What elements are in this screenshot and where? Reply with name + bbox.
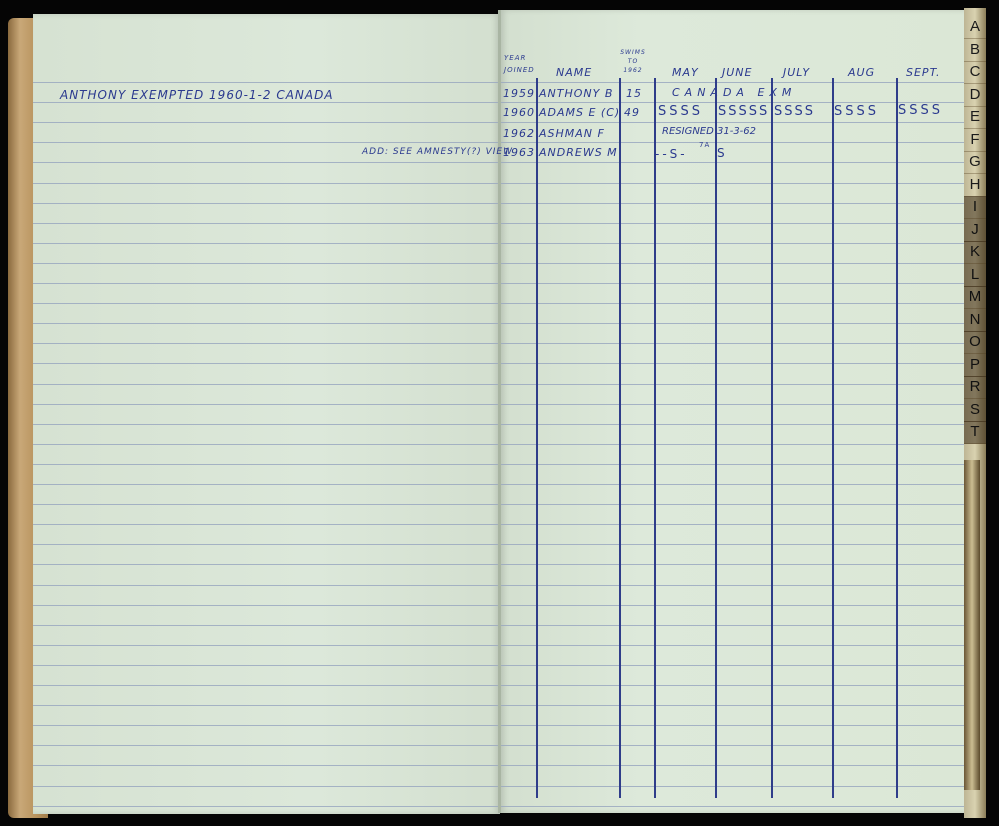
row1-name: ANTHONY B — [539, 87, 613, 100]
ruled-line — [33, 384, 500, 385]
row2-july: SSSS — [774, 104, 815, 119]
index-tab-r[interactable]: R — [964, 376, 986, 399]
column-divider-may — [654, 78, 656, 798]
left-note-see-view: ADD: SEE AMNESTY(?) VIEW — [362, 147, 513, 157]
index-tab-f[interactable]: F — [964, 129, 986, 152]
ruled-line — [33, 685, 500, 686]
ruled-line — [33, 122, 500, 123]
column-divider-july — [771, 78, 773, 798]
ruled-line — [33, 605, 500, 606]
column-divider-sept — [896, 78, 898, 798]
ruled-line — [33, 303, 500, 304]
header-swims-to-1962: SWIMS TO 1962 — [619, 48, 647, 75]
ruled-line — [33, 645, 500, 646]
ruled-line — [33, 82, 500, 83]
ruled-line — [33, 524, 500, 525]
index-tab-t[interactable]: T — [964, 421, 986, 444]
header-sept: SEPT. — [906, 66, 940, 79]
index-tab-k[interactable]: K — [964, 241, 986, 264]
index-tab-p[interactable]: P — [964, 354, 986, 377]
column-divider-aug — [832, 78, 834, 798]
header-name: NAME — [556, 66, 592, 79]
index-tab-i[interactable]: I — [964, 196, 986, 219]
header-june: JUNE — [722, 66, 752, 79]
row2-may: SSSS — [658, 104, 703, 119]
header-july: JULY — [783, 66, 810, 79]
row3-name: ASHMAN F — [539, 127, 605, 140]
ruled-line — [33, 343, 500, 344]
ruled-line — [33, 806, 500, 807]
ruled-line — [33, 544, 500, 545]
ruled-line — [33, 203, 500, 204]
row3-note-resigned: RESIGNED 31-3-62 — [662, 126, 756, 137]
index-tab-b[interactable]: B — [964, 39, 986, 62]
row2-june: SSSSS — [718, 104, 769, 119]
ruled-line — [33, 786, 500, 787]
ruled-line — [33, 283, 500, 284]
ruled-line — [33, 183, 500, 184]
row1-note-canada-exm: CANADA EXM — [672, 86, 796, 99]
page-gutter — [498, 10, 501, 813]
row4-name: ANDREWS M — [539, 146, 618, 159]
ruled-line — [33, 263, 500, 264]
row2-year: 1960 — [503, 106, 535, 119]
column-divider-name — [536, 78, 538, 798]
worn-tab-edges — [964, 460, 980, 790]
ruled-line — [33, 363, 500, 364]
column-divider-june — [715, 78, 717, 798]
row2-swims: 49 — [624, 106, 640, 119]
ruled-line — [33, 564, 500, 565]
ruled-line — [500, 806, 966, 807]
column-divider-swims — [619, 78, 621, 798]
ruled-line — [33, 444, 500, 445]
header-may: MAY — [672, 66, 699, 79]
ruled-line — [33, 585, 500, 586]
row4-may: --S- — [655, 147, 688, 161]
ruled-line — [33, 424, 500, 425]
row4-may-superscript: 7A — [699, 141, 710, 149]
index-tab-s[interactable]: S — [964, 399, 986, 422]
index-tab-c[interactable]: C — [964, 61, 986, 84]
index-tab-m[interactable]: M — [964, 286, 986, 309]
row2-sept: SSSS — [898, 103, 943, 118]
ruled-line — [33, 243, 500, 244]
row4-june: S — [717, 146, 726, 160]
ruled-line — [33, 484, 500, 485]
ruled-line — [33, 464, 500, 465]
row2-aug: SSSS — [834, 104, 879, 119]
row1-swims: 15 — [626, 87, 642, 100]
left-note-anthony-exempted: ANTHONY EXEMPTED 1960-1-2 CANADA — [60, 88, 334, 102]
ruled-line — [33, 404, 500, 405]
ruled-line — [33, 665, 500, 666]
header-aug: AUG — [848, 66, 875, 79]
left-page — [33, 14, 500, 814]
ruled-line — [33, 745, 500, 746]
index-tab-h[interactable]: H — [964, 174, 986, 197]
index-tab-g[interactable]: G — [964, 151, 986, 174]
ruled-line — [33, 705, 500, 706]
ruled-line — [33, 223, 500, 224]
index-tab-d[interactable]: D — [964, 84, 986, 107]
ruled-line — [33, 725, 500, 726]
ruled-line — [33, 102, 500, 103]
row4-year: 1963 — [503, 146, 535, 159]
header-year-joined: YEAR JOINED — [504, 52, 534, 76]
row1-year: 1959 — [503, 87, 535, 100]
ruled-line — [33, 625, 500, 626]
index-tab-a[interactable]: A — [964, 16, 986, 39]
row2-name: ADAMS E (C) — [539, 106, 620, 119]
index-tab-l[interactable]: L — [964, 264, 986, 287]
ruled-line — [33, 162, 500, 163]
ruled-line — [33, 765, 500, 766]
index-tab-e[interactable]: E — [964, 106, 986, 129]
index-tab-o[interactable]: O — [964, 331, 986, 354]
index-tab-n[interactable]: N — [964, 309, 986, 332]
ruled-line — [33, 323, 500, 324]
ruled-line — [33, 142, 500, 143]
index-tab-j[interactable]: J — [964, 219, 986, 242]
row3-year: 1962 — [503, 127, 535, 140]
ruled-line — [33, 504, 500, 505]
